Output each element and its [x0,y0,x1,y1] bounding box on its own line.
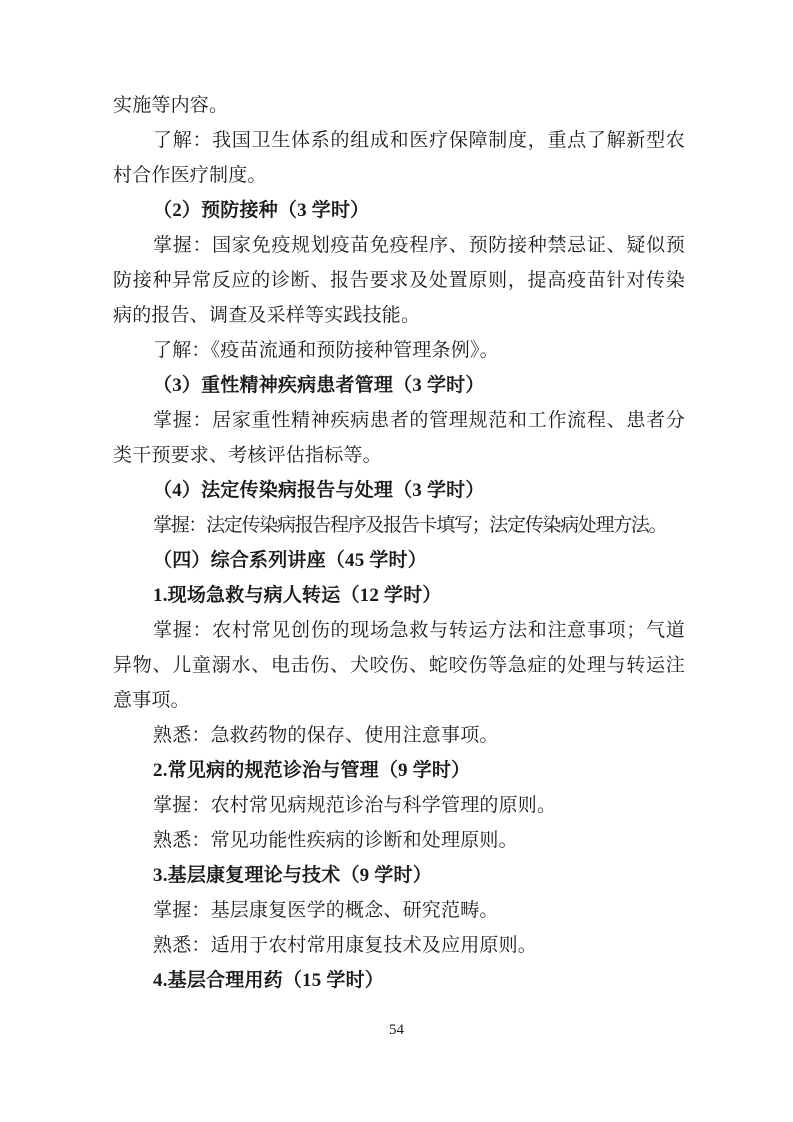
body-paragraph: 熟悉：适用于农村常用康复技术及应用原则。 [113,928,685,963]
section-heading: （4）法定传染病报告与处理（3 学时） [113,473,685,508]
section-heading: 1.现场急救与病人转运（12 学时） [113,578,685,613]
document-body: 实施等内容。了解：我国卫生体系的组成和医疗保障制度，重点了解新型农村合作医疗制度… [113,88,685,998]
body-paragraph: 了解：《疫苗流通和预防接种管理条例》。 [113,333,685,368]
body-paragraph: 掌握：居家重性精神疾病患者的管理规范和工作流程、患者分类干预要求、考核评估指标等… [113,403,685,473]
body-paragraph: 掌握：法定传染病报告程序及报告卡填写；法定传染病处理方法。 [113,508,685,543]
section-heading: （3）重性精神疾病患者管理（3 学时） [113,368,685,403]
body-paragraph: 了解：我国卫生体系的组成和医疗保障制度，重点了解新型农村合作医疗制度。 [113,123,685,193]
section-heading: （四）综合系列讲座（45 学时） [113,543,685,578]
page-footer: 54 [0,1020,793,1040]
section-heading: 4.基层合理用药（15 学时） [113,963,685,998]
body-paragraph: 掌握：农村常见创伤的现场急救与转运方法和注意事项；气道异物、儿童溺水、电击伤、犬… [113,613,685,718]
section-heading: 3.基层康复理论与技术（9 学时） [113,858,685,893]
page-number: 54 [389,1022,404,1038]
body-paragraph: 熟悉：常见功能性疾病的诊断和处理原则。 [113,823,685,858]
body-paragraph: 掌握：基层康复医学的概念、研究范畴。 [113,893,685,928]
body-paragraph: 掌握：国家免疫规划疫苗免疫程序、预防接种禁忌证、疑似预防接种异常反应的诊断、报告… [113,228,685,333]
section-heading: （2）预防接种（3 学时） [113,193,685,228]
body-paragraph: 实施等内容。 [113,88,685,123]
document-page: 实施等内容。了解：我国卫生体系的组成和医疗保障制度，重点了解新型农村合作医疗制度… [0,0,793,1122]
body-paragraph: 掌握：农村常见病规范诊治与科学管理的原则。 [113,788,685,823]
section-heading: 2.常见病的规范诊治与管理（9 学时） [113,753,685,788]
body-paragraph: 熟悉：急救药物的保存、使用注意事项。 [113,718,685,753]
